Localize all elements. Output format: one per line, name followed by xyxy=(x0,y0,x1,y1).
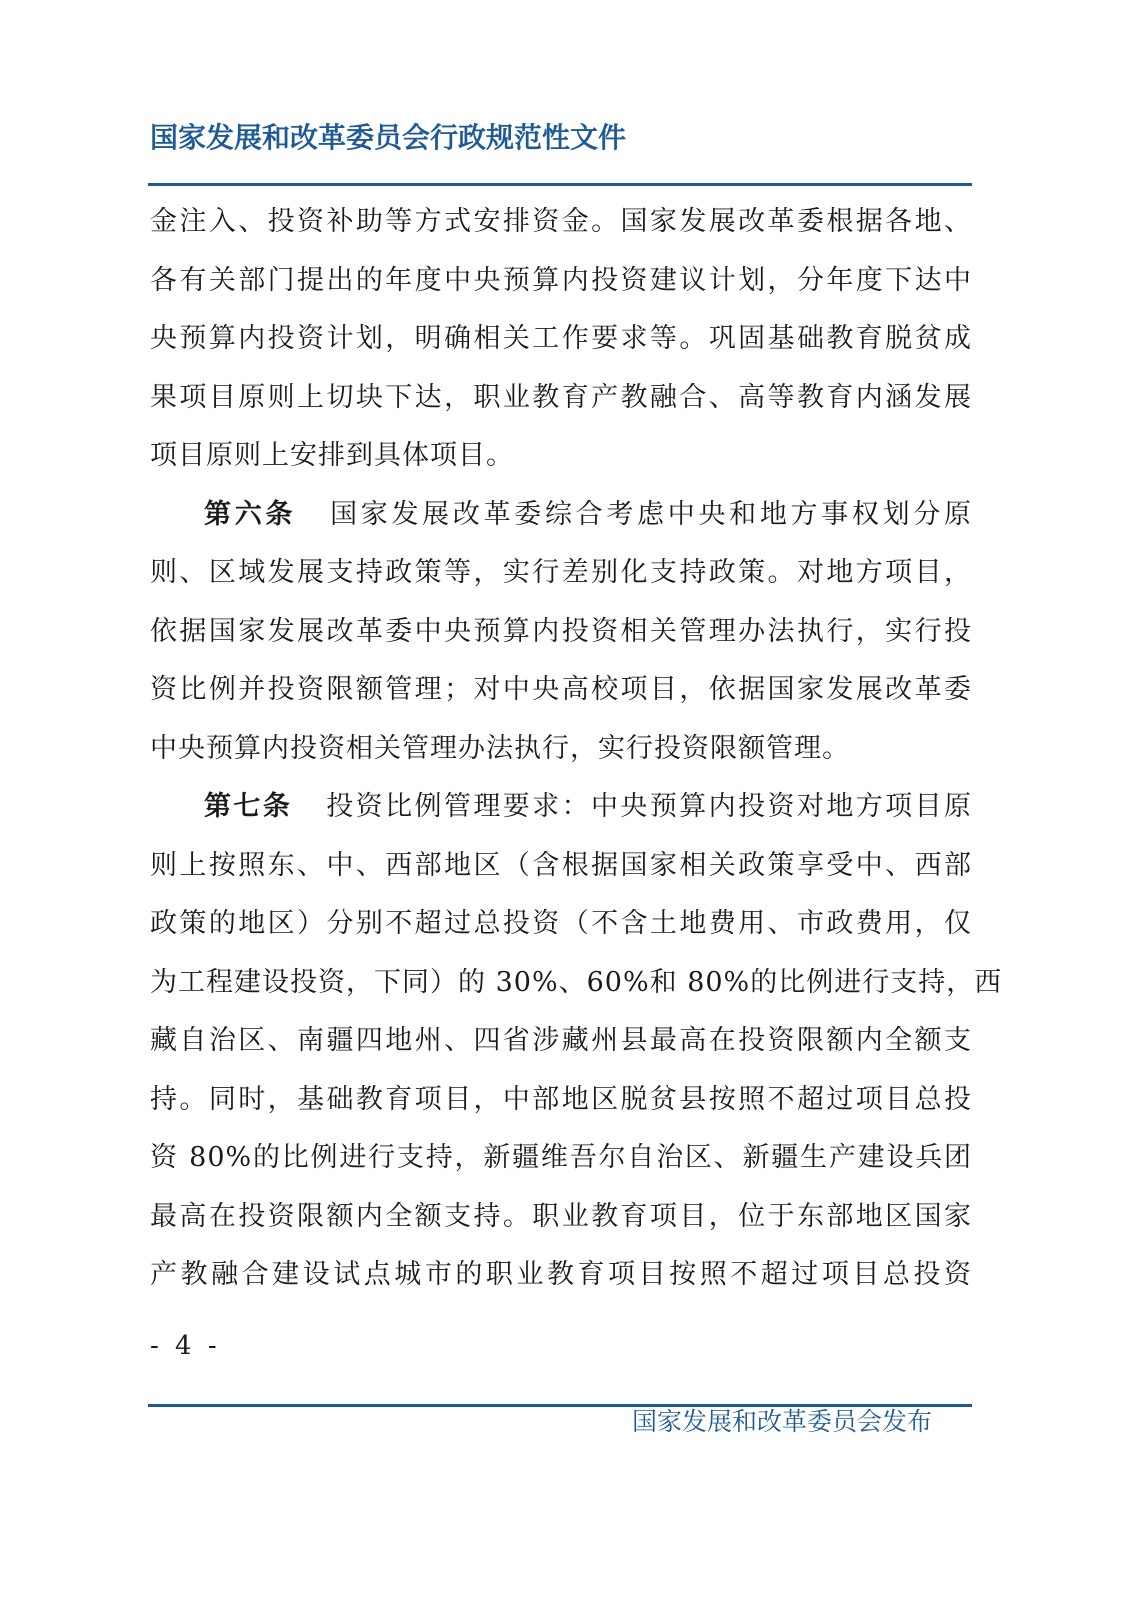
body-line-text: 国家发展改革委综合考虑中央和地方事权划分原 xyxy=(330,499,972,530)
article-7-first-line: 第七条投资比例管理要求：中央预算内投资对地方项目原 xyxy=(150,778,972,837)
body-line: 资 80%的比例进行支持，新疆维吾尔自治区、新疆生产建设兵团 xyxy=(150,1129,972,1188)
body-line: 金注入、投资补助等方式安排资金。国家发展改革委根据各地、 xyxy=(150,193,972,252)
document-body: 金注入、投资补助等方式安排资金。国家发展改革委根据各地、 各有关部门提出的年度中… xyxy=(150,193,972,1305)
body-line: 政策的地区）分别不超过总投资（不含土地费用、市政费用，仅 xyxy=(150,895,972,954)
body-line: 为工程建设投资，下同）的 30%、60%和 80%的比例进行支持，西 xyxy=(150,954,972,1013)
page-number: - 4 - xyxy=(150,1328,221,1364)
body-line: 项目原则上安排到具体项目。 xyxy=(150,427,972,486)
body-line: 持。同时，基础教育项目，中部地区脱贫县按照不超过项目总投 xyxy=(150,1071,972,1130)
body-line: 则上按照东、中、西部地区（含根据国家相关政策享受中、西部 xyxy=(150,837,972,896)
body-line: 藏自治区、南疆四地州、四省涉藏州县最高在投资限额内全额支 xyxy=(150,1012,972,1071)
header-divider xyxy=(148,183,972,186)
article-label: 第七条 xyxy=(204,791,292,822)
body-line: 则、区域发展支持政策等，实行差别化支持政策。对地方项目， xyxy=(150,544,972,603)
body-line: 中央预算内投资相关管理办法执行，实行投资限额管理。 xyxy=(150,720,972,779)
body-line: 最高在投资限额内全额支持。职业教育项目，位于东部地区国家 xyxy=(150,1188,972,1247)
article-label: 第六条 xyxy=(204,499,296,530)
body-line-text: 投资比例管理要求：中央预算内投资对地方项目原 xyxy=(326,791,972,822)
body-line: 果项目原则上切块下达，职业教育产教融合、高等教育内涵发展 xyxy=(150,369,972,428)
body-line: 资比例并投资限额管理；对中央高校项目，依据国家发展改革委 xyxy=(150,661,972,720)
body-line: 央预算内投资计划，明确相关工作要求等。巩固基础教育脱贫成 xyxy=(150,310,972,369)
article-6-first-line: 第六条国家发展改革委综合考虑中央和地方事权划分原 xyxy=(150,486,972,545)
body-line: 产教融合建设试点城市的职业教育项目按照不超过项目总投资 xyxy=(150,1246,972,1305)
footer-publisher: 国家发展和改革委员会发布 xyxy=(632,1404,932,1440)
document-header-title: 国家发展和改革委员会行政规范性文件 xyxy=(150,118,626,158)
body-line: 各有关部门提出的年度中央预算内投资建议计划，分年度下达中 xyxy=(150,252,972,311)
body-line: 依据国家发展改革委中央预算内投资相关管理办法执行，实行投 xyxy=(150,603,972,662)
